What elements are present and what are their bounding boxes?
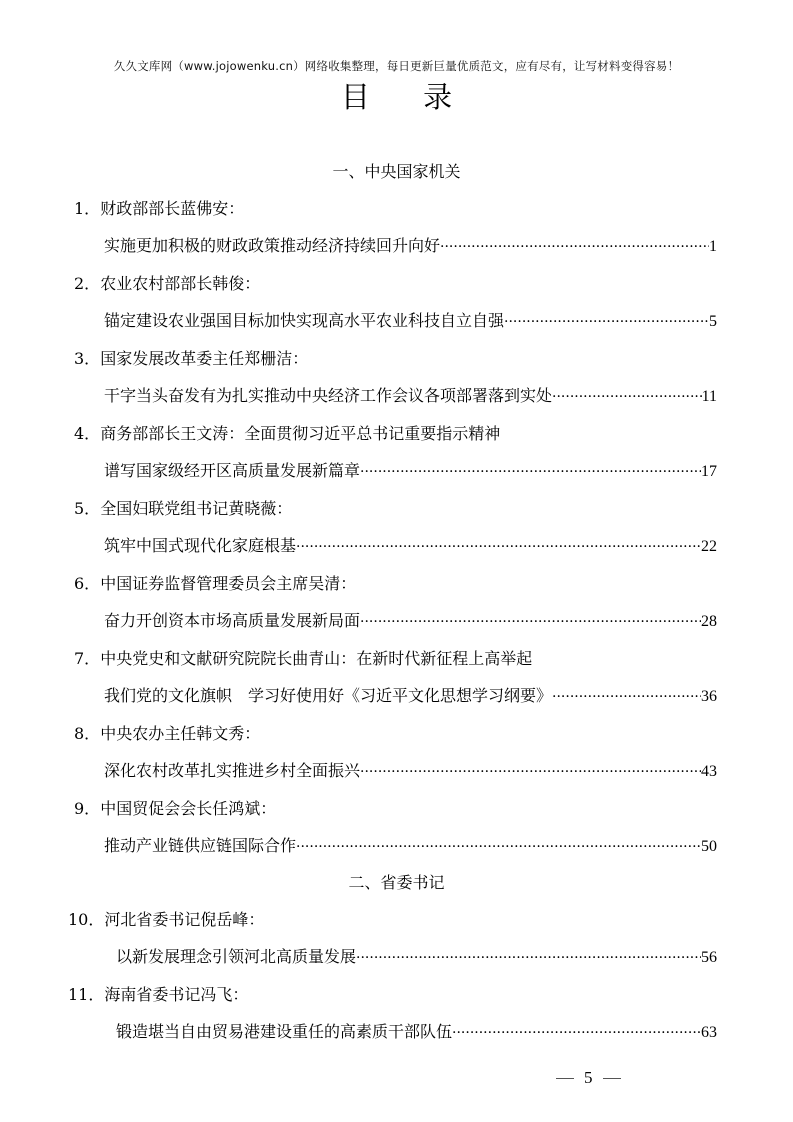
entry-number: 4． xyxy=(74,421,100,444)
footer-page-number: 5 xyxy=(584,1068,593,1088)
entry-page-number: 43 xyxy=(701,763,717,781)
entry-page-number: 11 xyxy=(702,388,717,406)
entry-page-number: 63 xyxy=(701,1024,717,1042)
toc-entry-link[interactable]: 推动产业链供应链国际合作50 xyxy=(104,833,717,856)
dot-leader xyxy=(452,1025,701,1041)
toc-entry-link[interactable]: 锻造堪当自由贸易港建设重任的高素质干部队伍63 xyxy=(116,1019,717,1042)
dot-leader xyxy=(552,689,701,705)
entry-title: 深化农村改革扎实推进乡村全面振兴 xyxy=(104,758,360,781)
dot-leader xyxy=(356,950,701,966)
toc-entry-head: 11．海南省委书记冯飞： xyxy=(68,982,248,1005)
entry-author: 农业农村部部长韩俊： xyxy=(100,274,260,293)
dot-leader xyxy=(360,464,701,480)
toc-entry-head: 5．全国妇联党组书记黄晓薇： xyxy=(74,496,292,519)
entry-number: 1． xyxy=(74,196,100,219)
dot-leader xyxy=(552,389,702,405)
toc-entry-head: 2．农业农村部部长韩俊： xyxy=(74,271,260,294)
toc-entry-head: 4．商务部部长王文涛：全面贯彻习近平总书记重要指示精神 xyxy=(74,421,500,444)
document-title: 目 录 xyxy=(0,75,793,116)
watermark-banner: 久久文库网（www.jojowenku.cn）网络收集整理，每日更新巨量优质范文… xyxy=(0,58,793,74)
entry-author: 全国妇联党组书记黄晓薇： xyxy=(100,499,292,518)
entry-title: 以新发展理念引领河北高质量发展 xyxy=(116,944,356,967)
entry-number: 11． xyxy=(68,982,104,1005)
entry-title: 奋力开创资本市场高质量发展新局面 xyxy=(104,608,360,631)
entry-page-number: 17 xyxy=(701,463,717,481)
entry-title: 筑牢中国式现代化家庭根基 xyxy=(104,533,296,556)
toc-entry-link[interactable]: 奋力开创资本市场高质量发展新局面28 xyxy=(104,608,717,631)
toc-entry-head: 10．河北省委书记倪岳峰： xyxy=(68,907,264,930)
entry-title: 实施更加积极的财政政策推动经济持续回升向好 xyxy=(104,233,440,256)
entry-author: 中央党史和文献研究院院长曲青山：在新时代新征程上高举起 xyxy=(100,649,532,668)
entry-author: 河北省委书记倪岳峰： xyxy=(104,910,264,929)
entry-page-number: 22 xyxy=(701,538,717,556)
section-heading-central-organs: 一、中央国家机关 xyxy=(0,159,793,182)
entry-title: 干字当头奋发有为扎实推动中央经济工作会议各项部署落到实处 xyxy=(104,383,552,406)
entry-title: 我们党的文化旗帜 学习好使用好《习近平文化思想学习纲要》 xyxy=(104,683,552,706)
entry-author: 中央农办主任韩文秀： xyxy=(100,724,260,743)
toc-entry-link[interactable]: 以新发展理念引领河北高质量发展56 xyxy=(116,944,717,967)
entry-author: 中国证券监督管理委员会主席吴清： xyxy=(100,574,356,593)
entry-author: 财政部部长蓝佛安： xyxy=(100,199,244,218)
footer-dash-left xyxy=(556,1078,574,1079)
entry-author: 中国贸促会会长任鸿斌： xyxy=(100,799,276,818)
dot-leader xyxy=(360,614,701,630)
entry-author: 国家发展改革委主任郑栅洁： xyxy=(100,349,308,368)
dot-leader xyxy=(360,764,701,780)
page-footer: 5 xyxy=(556,1068,621,1088)
entry-page-number: 36 xyxy=(701,688,717,706)
toc-entry-head: 8．中央农办主任韩文秀： xyxy=(74,721,260,744)
toc-entry-head: 7．中央党史和文献研究院院长曲青山：在新时代新征程上高举起 xyxy=(74,646,532,669)
entry-number: 6． xyxy=(74,571,100,594)
entry-title: 谱写国家级经开区高质量发展新篇章 xyxy=(104,458,360,481)
entry-page-number: 1 xyxy=(709,238,717,256)
toc-entry-head: 1．财政部部长蓝佛安： xyxy=(74,196,244,219)
toc-entry-head: 3．国家发展改革委主任郑栅洁： xyxy=(74,346,308,369)
entry-title: 推动产业链供应链国际合作 xyxy=(104,833,296,856)
entry-number: 3． xyxy=(74,346,100,369)
entry-page-number: 5 xyxy=(709,313,717,331)
toc-entry-link[interactable]: 实施更加积极的财政政策推动经济持续回升向好1 xyxy=(104,233,717,256)
toc-entry-link[interactable]: 筑牢中国式现代化家庭根基22 xyxy=(104,533,717,556)
entry-number: 8． xyxy=(74,721,100,744)
entry-title: 锚定建设农业强国目标加快实现高水平农业科技自立自强 xyxy=(104,308,504,331)
dot-leader xyxy=(504,314,709,330)
entry-author: 商务部部长王文涛：全面贯彻习近平总书记重要指示精神 xyxy=(100,424,500,443)
toc-entry-link[interactable]: 我们党的文化旗帜 学习好使用好《习近平文化思想学习纲要》36 xyxy=(104,683,717,706)
entry-page-number: 50 xyxy=(701,838,717,856)
entry-number: 2． xyxy=(74,271,100,294)
toc-entry-link[interactable]: 锚定建设农业强国目标加快实现高水平农业科技自立自强5 xyxy=(104,308,717,331)
footer-dash-right xyxy=(603,1078,621,1079)
dot-leader xyxy=(440,239,709,255)
toc-entry-link[interactable]: 干字当头奋发有为扎实推动中央经济工作会议各项部署落到实处11 xyxy=(104,383,717,406)
entry-number: 7． xyxy=(74,646,100,669)
entry-title: 锻造堪当自由贸易港建设重任的高素质干部队伍 xyxy=(116,1019,452,1042)
entry-number: 10． xyxy=(68,907,104,930)
toc-entry-link[interactable]: 谱写国家级经开区高质量发展新篇章17 xyxy=(104,458,717,481)
entry-number: 9． xyxy=(74,796,100,819)
toc-entry-link[interactable]: 深化农村改革扎实推进乡村全面振兴43 xyxy=(104,758,717,781)
toc-entry-head: 9．中国贸促会会长任鸿斌： xyxy=(74,796,276,819)
dot-leader xyxy=(296,839,701,855)
dot-leader xyxy=(296,539,701,555)
entry-page-number: 28 xyxy=(701,613,717,631)
section-heading-provincial-secretaries: 二、省委书记 xyxy=(0,870,793,893)
entry-number: 5． xyxy=(74,496,100,519)
toc-entry-head: 6．中国证券监督管理委员会主席吴清： xyxy=(74,571,356,594)
entry-page-number: 56 xyxy=(701,949,717,967)
entry-author: 海南省委书记冯飞： xyxy=(104,985,248,1004)
